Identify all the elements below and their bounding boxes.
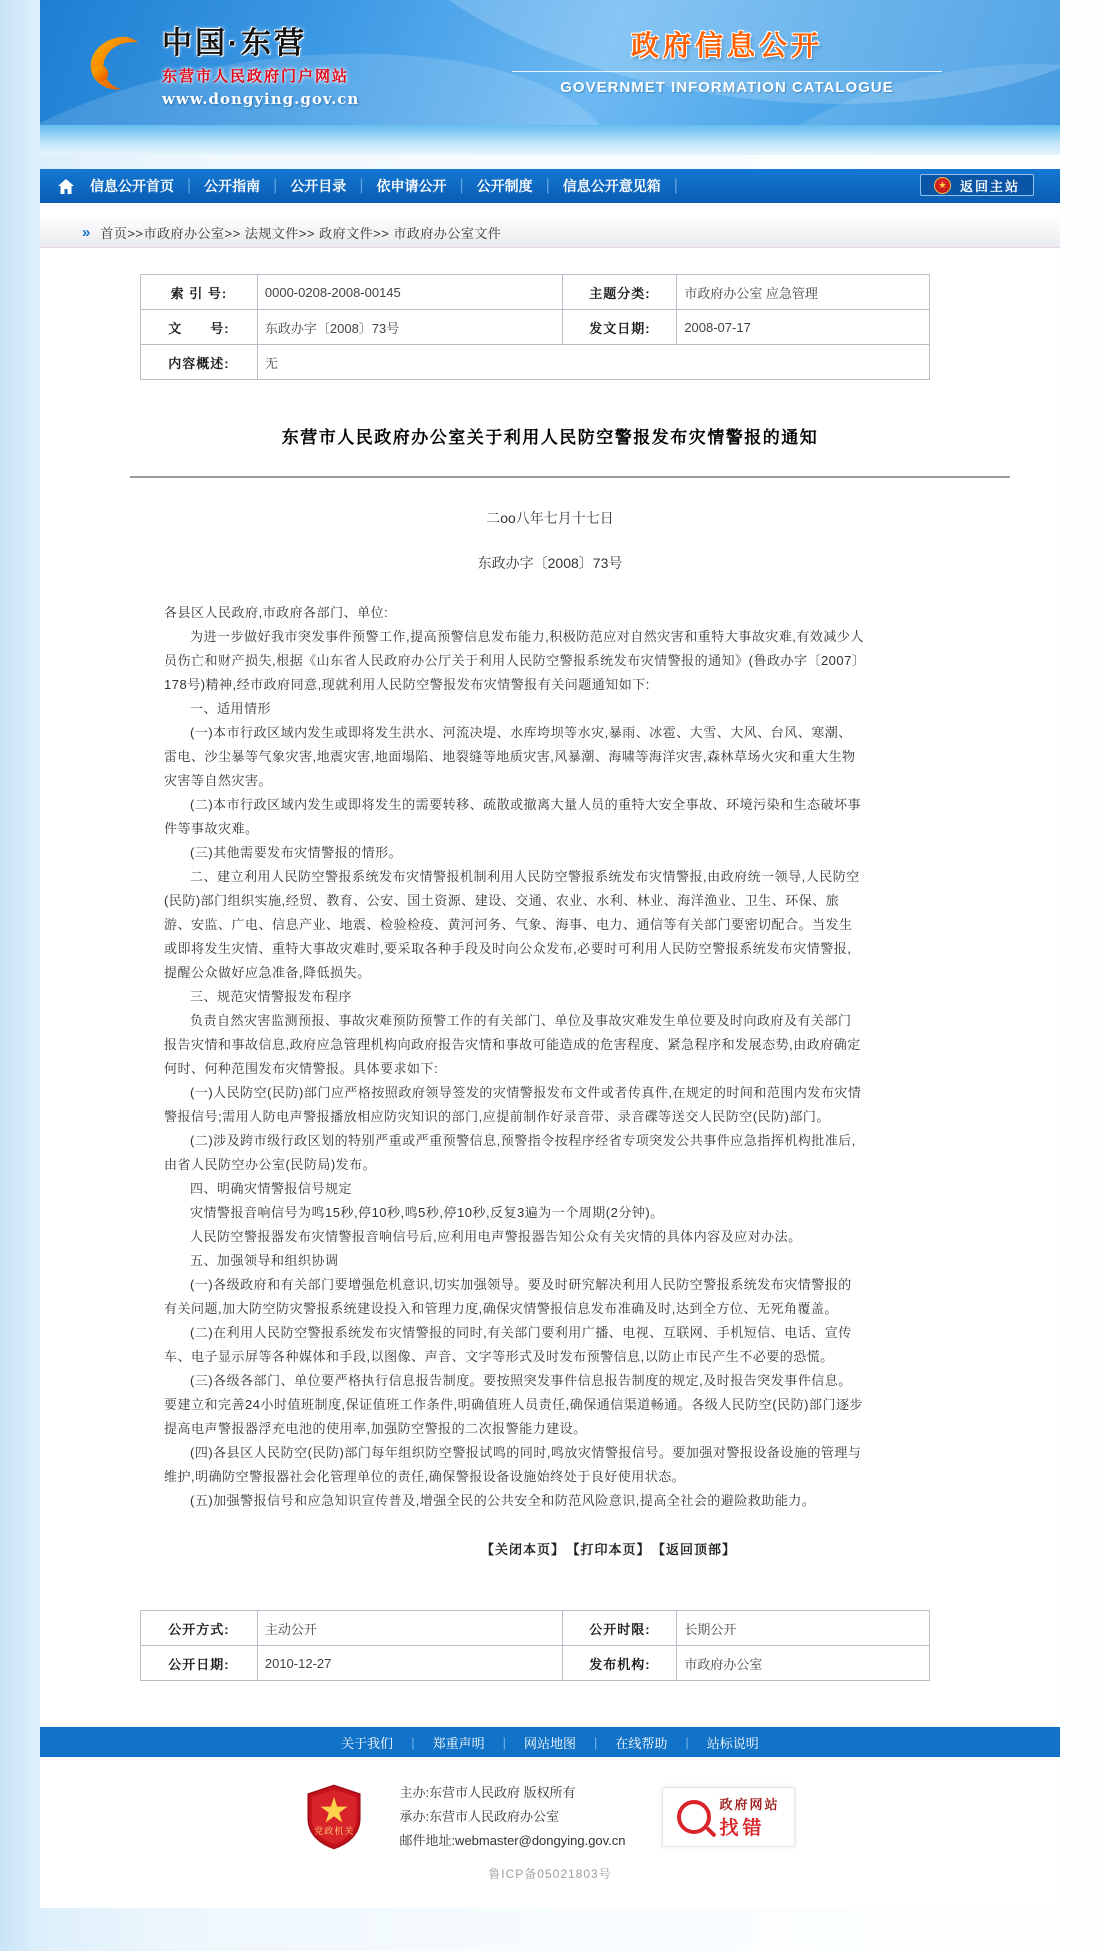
site-footer: 党政机关 主办:东营市人民政府 版权所有 承办:东营市人民政府办公室 邮件地址:… [40, 1757, 1060, 1908]
site-logo[interactable]: 中国·东营 东营市人民政府门户网站 www.dongying.gov.cn [86, 18, 359, 108]
doc-paragraph: 为进一步做好我市突发事件预警工作,提高预警信息发布能力,积极防范应对自然灾害和重… [164, 625, 864, 697]
return-main-site-button[interactable]: ★ 返回主站 [920, 174, 1034, 196]
nav-separator: | [546, 177, 550, 195]
document-meta-table: 索 引 号:0000-0208-2008-00145主题分类:市政府办公室 应急… [140, 274, 930, 380]
home-icon[interactable] [58, 179, 74, 194]
doc-paragraph: (五)加强警报信号和应急知识宣传普及,增强全民的公共安全和防范风险意识,提高全社… [164, 1489, 864, 1513]
footer-link-5[interactable]: 站标说明 [707, 1733, 759, 1752]
doc-paragraph: 一、适用情形 [164, 697, 864, 721]
nav-item-6[interactable]: 信息公开意见箱 [563, 176, 661, 196]
nav-item-1[interactable]: 信息公开首页 [90, 176, 174, 196]
section-title: 政府信息公开 [631, 24, 823, 64]
meta-value: 长期公开 [677, 1611, 930, 1646]
nav-item-2[interactable]: 公开指南 [204, 176, 260, 196]
section-subtitle: GOVERNMET INFORMATION CATALOGUE [512, 71, 942, 96]
site-name: 中国·东营 [162, 18, 359, 62]
main-area: » 首页>>市政府办公室>> 法规文件>> 政府文件>> 市政府办公室文件 索 … [40, 203, 1060, 1908]
meta-label: 公开方式: [141, 1611, 258, 1646]
doc-paragraph: (二)本市行政区域内发生或即将发生的需要转移、疏散或撤离大量人员的重特大安全事故… [164, 793, 864, 841]
site-error-report-badge[interactable]: 政府网站 找错 [662, 1787, 795, 1847]
footer-nav: 关于我们|郑重声明|网站地图|在线帮助|站标说明 [40, 1727, 1060, 1757]
doc-paragraph: (一)本市行政区域内发生或即将发生洪水、河流决堤、水库垮坝等水灾,暴雨、冰雹、大… [164, 721, 864, 793]
meta-label: 索 引 号: [141, 275, 258, 310]
doc-paragraph: 四、明确灾情警报信号规定 [164, 1177, 864, 1201]
nav-item-4[interactable]: 依申请公开 [376, 176, 446, 196]
error-badge-line2: 找错 [720, 1813, 780, 1840]
meta-label: 文 号: [141, 310, 258, 345]
section-header: 政府信息公开 GOVERNMET INFORMATION CATALOGUE [512, 24, 942, 96]
page: 中国·东营 东营市人民政府门户网站 www.dongying.gov.cn 政府… [0, 0, 1100, 1951]
doc-paragraph: 人民防空警报器发布灾情警报音响信号后,应利用电声警报器告知公众有关灾情的具体内容… [164, 1225, 864, 1249]
footer-email: 邮件地址:webmaster@dongying.gov.cn [399, 1829, 625, 1853]
dongying-swoosh-logo-icon [86, 32, 148, 94]
document-title: 东营市人民政府办公室关于利用人民防空警报发布灾情警报的通知 [110, 426, 990, 450]
error-badge-line1: 政府网站 [720, 1794, 780, 1813]
error-badge-text: 政府网站 找错 [720, 1794, 780, 1840]
meta-label: 公开日期: [141, 1646, 258, 1681]
meta-label: 发文日期: [563, 310, 677, 345]
doc-paragraph: 五、加强领导和组织协调 [164, 1249, 864, 1273]
back-to-top-link[interactable]: 【返回顶部】 [658, 1542, 736, 1557]
nav-separator: | [359, 177, 363, 195]
breadcrumb-arrows-icon: » [82, 224, 90, 241]
meta-label: 发布机构: [563, 1646, 677, 1681]
meta-value: 主动公开 [257, 1611, 563, 1646]
footer-nav-separator: | [594, 1735, 597, 1750]
meta-value: 东政办字〔2008〕73号 [257, 310, 563, 345]
meta-label: 公开时限: [563, 1611, 677, 1646]
logo-text-block: 中国·东营 东营市人民政府门户网站 www.dongying.gov.cn [162, 18, 359, 108]
document-date: 二oo八年七月十七日 [40, 508, 1060, 528]
doc-paragraph: (二)涉及跨市级行政区划的特别严重或严重预警信息,预警指令按程序经省专项突发公共… [164, 1129, 864, 1177]
doc-paragraph: (二)在利用人民防空警报系统发布灾情警报的同时,有关部门要利用广播、电视、互联网… [164, 1321, 864, 1369]
document-body: 各县区人民政府,市政府各部门、单位:为进一步做好我市突发事件预警工作,提高预警信… [164, 601, 864, 1513]
header-fade-strip [40, 125, 1060, 155]
footer-nav-separator: | [411, 1735, 414, 1750]
doc-paragraph: 三、规范灾情警报发布程序 [164, 985, 864, 1009]
site-url: www.dongying.gov.cn [162, 90, 359, 108]
footer-row: 党政机关 主办:东营市人民政府 版权所有 承办:东营市人民政府办公室 邮件地址:… [40, 1781, 1060, 1853]
footer-text-block: 主办:东营市人民政府 版权所有 承办:东营市人民政府办公室 邮件地址:webma… [399, 1781, 625, 1853]
title-divider [130, 476, 1010, 478]
print-page-link[interactable]: 【打印本页】 [573, 1542, 651, 1557]
document-content: 索 引 号:0000-0208-2008-00145主题分类:市政府办公室 应急… [40, 274, 1060, 1691]
doc-paragraph: 负责自然灾害监测预报、事故灾难预防预警工作的有关部门、单位及事故灾难发生单位要及… [164, 1009, 864, 1081]
document-number: 东政办字〔2008〕73号 [40, 553, 1060, 573]
return-main-site-label: 返回主站 [960, 176, 1020, 195]
nav-separator: | [674, 177, 678, 195]
meta-value: 2008-07-17 [677, 310, 930, 345]
table-row: 公开日期:2010-12-27发布机构:市政府办公室 [141, 1646, 930, 1681]
site-header: 中国·东营 东营市人民政府门户网站 www.dongying.gov.cn 政府… [40, 0, 1060, 125]
publication-info-table: 公开方式:主动公开公开时限:长期公开公开日期:2010-12-27发布机构:市政… [140, 1610, 930, 1681]
page-container: 中国·东营 东营市人民政府门户网站 www.dongying.gov.cn 政府… [40, 0, 1060, 1908]
meta-label: 内容概述: [141, 345, 258, 380]
doc-paragraph: 各县区人民政府,市政府各部门、单位: [164, 601, 864, 625]
doc-paragraph: (一)人民防空(民防)部门应严格按照政府领导签发的灾情警报发布文件或者传真件,在… [164, 1081, 864, 1129]
nav-items: 信息公开首页|公开指南|公开目录|依申请公开|公开制度|信息公开意见箱| [90, 176, 691, 196]
doc-paragraph: (三)其他需要发布灾情警报的情形。 [164, 841, 864, 865]
footer-nav-separator: | [503, 1735, 506, 1750]
table-row: 内容概述:无 [141, 345, 930, 380]
footer-link-2[interactable]: 郑重声明 [433, 1733, 485, 1752]
national-emblem-icon: ★ [934, 177, 951, 194]
meta-value: 无 [257, 345, 929, 380]
breadcrumb-bar: » 首页>>市政府办公室>> 法规文件>> 政府文件>> 市政府办公室文件 [40, 217, 1060, 248]
nav-separator: | [459, 177, 463, 195]
nav-separator: | [273, 177, 277, 195]
spacer [40, 203, 1060, 217]
meta-value: 0000-0208-2008-00145 [257, 275, 563, 310]
icp-number: 鲁ICP备05021803号 [40, 1865, 1060, 1882]
spacer [40, 155, 1060, 169]
table-row: 公开方式:主动公开公开时限:长期公开 [141, 1611, 930, 1646]
footer-nav-separator: | [685, 1735, 688, 1750]
site-subtitle: 东营市人民政府门户网站 [162, 65, 359, 86]
footer-link-3[interactable]: 网站地图 [524, 1733, 576, 1752]
footer-organizer: 承办:东营市人民政府办公室 [399, 1805, 625, 1829]
breadcrumb[interactable]: 首页>>市政府办公室>> 法规文件>> 政府文件>> 市政府办公室文件 [100, 223, 501, 242]
doc-paragraph: (三)各级各部门、单位要严格执行信息报告制度。要按照突发事件信息报告制度的规定,… [164, 1369, 864, 1441]
nav-separator: | [187, 177, 191, 195]
party-gov-badge[interactable]: 党政机关 [305, 1784, 363, 1850]
magnifier-icon [677, 1800, 711, 1834]
meta-value: 2010-12-27 [257, 1646, 563, 1681]
doc-paragraph: (四)各县区人民防空(民防)部门每年组织防空警报试鸣的同时,鸣放灾情警报信号。要… [164, 1441, 864, 1489]
doc-paragraph: (一)各级政府和有关部门要增强危机意识,切实加强领导。要及时研究解决利用人民防空… [164, 1273, 864, 1321]
table-row: 索 引 号:0000-0208-2008-00145主题分类:市政府办公室 应急… [141, 275, 930, 310]
meta-value: 市政府办公室 [677, 1646, 930, 1681]
doc-paragraph: 灾情警报音响信号为鸣15秒,停10秒,鸣5秒,停10秒,反复3遍为一个周期(2分… [164, 1201, 864, 1225]
doc-paragraph: 二、建立利用人民防空警报系统发布灾情警报机制利用人民防空警报系统发布灾情警报,由… [164, 865, 864, 985]
table-row: 文 号:东政办字〔2008〕73号发文日期:2008-07-17 [141, 310, 930, 345]
meta-label: 主题分类: [563, 275, 677, 310]
nav-item-5[interactable]: 公开制度 [477, 176, 533, 196]
footer-link-1[interactable]: 关于我们 [341, 1733, 393, 1752]
meta-value: 市政府办公室 应急管理 [677, 275, 930, 310]
nav-item-3[interactable]: 公开目录 [290, 176, 346, 196]
main-nav: 信息公开首页|公开指南|公开目录|依申请公开|公开制度|信息公开意见箱| ★ 返… [40, 169, 1060, 203]
document-actions: 【关闭本页】【打印本页】【返回顶部】 [164, 1539, 864, 1558]
footer-link-4[interactable]: 在线帮助 [615, 1733, 667, 1752]
footer-host: 主办:东营市人民政府 版权所有 [399, 1781, 625, 1805]
close-page-link[interactable]: 【关闭本页】 [481, 1542, 565, 1557]
